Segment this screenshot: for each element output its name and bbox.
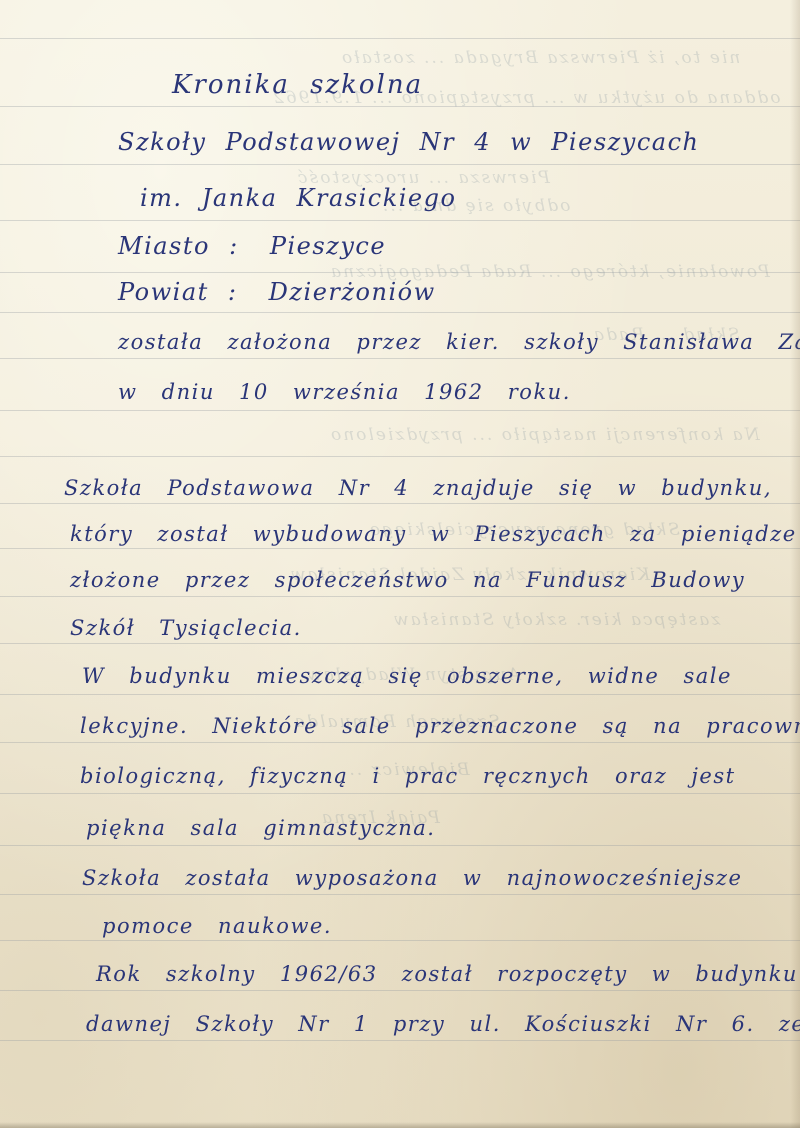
text-line: Rok szkolny 1962/63 został rozpoczęty w … <box>96 962 798 986</box>
text-line: lekcyjne. Niektóre sale przeznaczone są … <box>80 714 800 738</box>
ruled-line <box>0 220 800 221</box>
ruled-line <box>0 742 800 743</box>
ruled-line <box>0 596 800 597</box>
city-row: Miasto : Pieszyce <box>118 232 386 260</box>
show-through-text: zastępca kier. szkoły Stanisław <box>392 610 720 630</box>
text-line: który został wybudowany w Pieszycach za … <box>70 522 797 546</box>
school-patron: im. Janka Krasickiego <box>140 184 456 212</box>
text-line: pomoce naukowe. <box>102 914 332 938</box>
text-line: W budynku mieszczą się obszerne, widne s… <box>82 664 732 688</box>
text-line: Szkół Tysiąclecia. <box>70 616 302 640</box>
text-line: piękna sala gimnastyczna. <box>86 816 435 840</box>
ruled-line <box>0 503 800 504</box>
ruled-line <box>0 456 800 457</box>
school-name: Szkoły Podstawowej Nr 4 w Pieszycach <box>118 128 699 156</box>
text-line: Szkoła Podstawowa Nr 4 znajduje się w bu… <box>64 476 772 500</box>
ruled-line <box>0 358 800 359</box>
show-through-text: nie to, iż Pierwsza Brygada ... zostało <box>340 48 740 68</box>
text-line: dawnej Szkoły Nr 1 przy ul. Kościuszki N… <box>86 1012 800 1036</box>
page-bottom-shadow <box>0 1122 800 1128</box>
county-label: Powiat : <box>118 278 238 306</box>
ruled-line <box>0 940 800 941</box>
county-value: Dzierżoniów <box>269 278 436 306</box>
ruled-line <box>0 410 800 411</box>
text-line: Szkoła została wyposażona w najnowocześn… <box>82 866 742 890</box>
ruled-line <box>0 643 800 644</box>
ruled-line <box>0 164 800 165</box>
document-page: nie to, iż Pierwsza Brygada ... zostało … <box>0 0 800 1128</box>
page-edge-shadow <box>790 0 800 1128</box>
ruled-line <box>0 793 800 794</box>
ruled-line <box>0 548 800 549</box>
show-through-text: Na konferencji nastąpiło ... przydzielon… <box>329 425 760 445</box>
city-value: Pieszyce <box>270 232 386 260</box>
county-row: Powiat : Dzierżoniów <box>118 278 436 306</box>
ruled-line <box>0 845 800 846</box>
ruled-line <box>0 1040 800 1041</box>
city-label: Miasto : <box>118 232 239 260</box>
chronicle-title: Kronika szkolna <box>172 70 423 100</box>
ruled-line <box>0 312 800 313</box>
founded-by: została założona przez kier. szkoły Stan… <box>118 330 800 354</box>
ruled-line <box>0 894 800 895</box>
ruled-line <box>0 694 800 695</box>
text-line: biologiczną, fizyczną i prac ręcznych or… <box>80 764 736 788</box>
ruled-line <box>0 990 800 991</box>
founded-date: w dniu 10 września 1962 roku. <box>118 380 571 404</box>
text-line: złożone przez społeczeństwo na Fundusz B… <box>70 568 745 592</box>
ruled-line <box>0 38 800 39</box>
